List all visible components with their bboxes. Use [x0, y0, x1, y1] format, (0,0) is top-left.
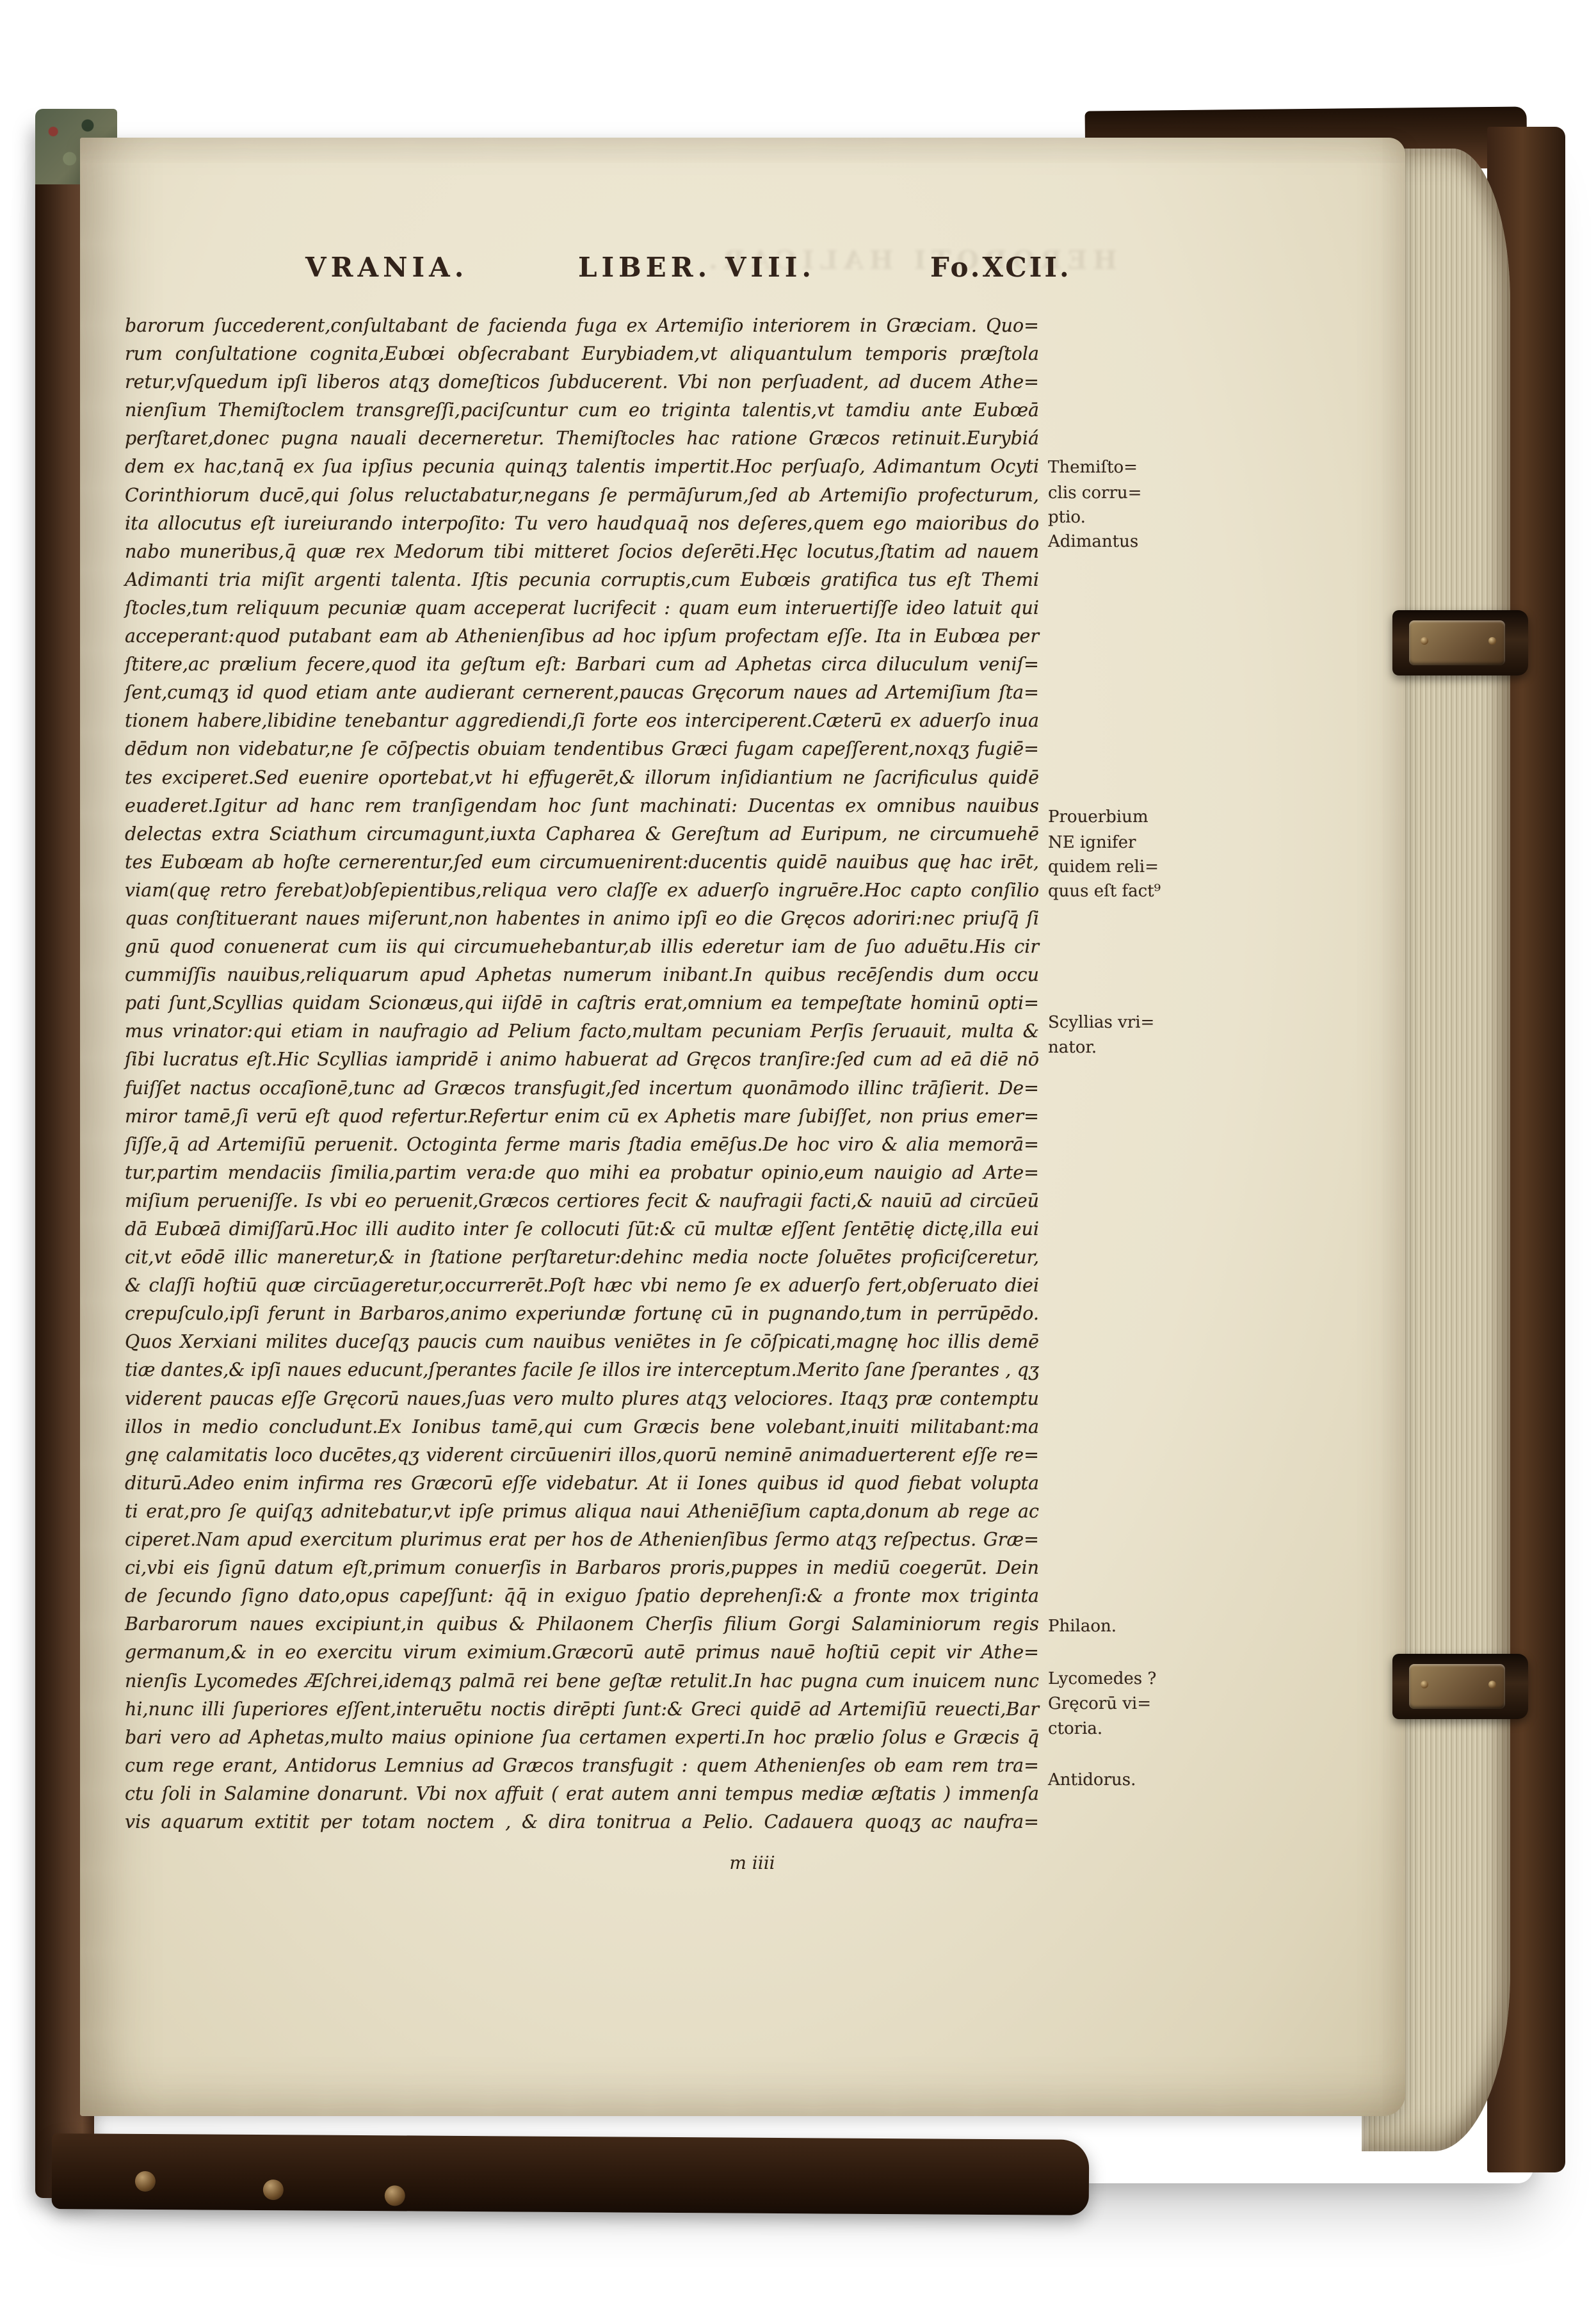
- brass-clasp-top: [1392, 599, 1528, 687]
- text-line: ci,vbi eis ſignū datum eſt,primum conuer…: [125, 1554, 1039, 1582]
- text-line: Adimanti tria miſit argenti talenta. Iſt…: [125, 566, 1039, 594]
- text-line: gnę calamitatis loco ducētes,qʒ viderent…: [125, 1441, 1039, 1469]
- text-line: ſtocles,tum reliquum pecuniæ quam accepe…: [125, 594, 1039, 622]
- text-line: bari vero ad Aphetas,multo maius opinion…: [125, 1724, 1039, 1752]
- text-line: acceperant:quod putabant eam ab Athenien…: [125, 622, 1039, 651]
- text-line: retur,vſquedum ipſi liberos atqʒ domeſti…: [125, 368, 1039, 396]
- text-line: tes exciperet.Sed euenire oportebat,vt h…: [125, 764, 1039, 792]
- text-line: ti erat,pro ſe quiſqʒ adnitebatur,vt ipſ…: [125, 1498, 1039, 1526]
- text-line: barorum ſuccederent,conſultabant de faci…: [125, 312, 1039, 340]
- signature-mark: m iiii: [656, 1852, 848, 1873]
- photo-background: HERODOTI HALICAR. VRANIA. LIBER. VIII. F…: [0, 0, 1596, 2312]
- text-line: quas conſtituerant naues miſerunt,non ha…: [125, 905, 1039, 933]
- margin-notes: Themiſto=clis corru=ptio.AdimantusProuer…: [1048, 138, 1253, 2116]
- text-line: ciperet.Nam apud exercitum plurimus erat…: [125, 1526, 1039, 1554]
- boss-stud: [263, 2179, 284, 2200]
- text-line: dēdum non videbatur,ne ſe cōſpectis obui…: [125, 735, 1039, 763]
- text-line: crepuſculo,ipſi ferunt in Barbaros,animo…: [125, 1300, 1039, 1328]
- boss-stud: [135, 2171, 156, 2192]
- margin-note: ptio.: [1048, 508, 1086, 527]
- text-line: vis aquarum extitit per totam noctem , &…: [125, 1808, 1039, 1836]
- bottom-board-edge: [52, 2133, 1090, 2215]
- text-line: nienſium Themiſtoclem transgreſſi,paciſc…: [125, 396, 1039, 424]
- text-line: cummiſſis nauibus,reliquarum apud Apheta…: [125, 961, 1039, 989]
- text-line: dā Eubœā dimiſſarū.Hoc illi audito inter…: [125, 1215, 1039, 1243]
- margin-note: Themiſto=: [1048, 458, 1138, 477]
- margin-note: quidem reli=: [1048, 857, 1159, 877]
- text-line: miror tamē,ſi verū eſt quod refertur.Ref…: [125, 1103, 1039, 1131]
- text-line: ctu ſoli in Salamine donarunt. Vbi nox a…: [125, 1780, 1039, 1808]
- text-line: viderent paucas eſſe Gręcorū naues,ſuas …: [125, 1385, 1039, 1413]
- text-line: tes Eubœam ab hoſte cernerentur,ſed eum …: [125, 848, 1039, 877]
- text-line: cum rege erant, Antidorus Lemnius ad Græ…: [125, 1752, 1039, 1780]
- margin-note: Adimantus: [1048, 532, 1138, 551]
- clasp-pin: [1421, 1681, 1428, 1688]
- text-line: miſium perueniſſe. Is vbi eo peruenit,Gr…: [125, 1187, 1039, 1215]
- text-line: Barbarorum naues excipiunt,in quibus & P…: [125, 1610, 1039, 1638]
- text-line: pati ſunt,Scyllias quidam Scionæus,qui i…: [125, 989, 1039, 1017]
- text-line: viam(quę retro ferebat)obſepientibus,rel…: [125, 877, 1039, 905]
- text-line: hi,nunc illi ſuperiores eſſent,interuētu…: [125, 1695, 1039, 1724]
- text-line: tionem habere,libidine tenebantur aggred…: [125, 707, 1039, 735]
- text-line: ſtitere,ac prælium fecere,quod ita geſtu…: [125, 651, 1039, 679]
- book-page: HERODOTI HALICAR. VRANIA. LIBER. VIII. F…: [80, 138, 1405, 2116]
- clasp-pin: [1488, 637, 1496, 645]
- margin-note: NE ignifer: [1048, 833, 1136, 852]
- text-line: ſiſſe,q̄ ad Artemiſiū peruenit. Octogint…: [125, 1131, 1039, 1159]
- text-line: mus vrinator:qui etiam in naufragio ad P…: [125, 1017, 1039, 1046]
- text-line: tiæ dantes,& ipſi naues educunt,ſperante…: [125, 1356, 1039, 1384]
- text-line: germanum,& in eo exercitu virum eximium.…: [125, 1638, 1039, 1667]
- margin-note: Scyllias vri=: [1048, 1013, 1154, 1032]
- text-line: rum conſultatione cognita,Eubœi obſecrab…: [125, 340, 1039, 368]
- margin-note: quus eſt fact⁹: [1048, 882, 1161, 901]
- text-line: euaderet.Igitur ad hanc rem tranſigendam…: [125, 792, 1039, 820]
- text-line: perſtaret,donec pugna nauali decerneretu…: [125, 424, 1039, 453]
- running-header-book: LIBER. VIII.: [578, 252, 816, 283]
- text-line: tur,partim mendaciis ſimilia,partim vera…: [125, 1159, 1039, 1187]
- brass-clasp-bottom: [1392, 1642, 1528, 1731]
- clasp-pin: [1488, 1681, 1496, 1688]
- margin-note: Antidorus.: [1048, 1770, 1136, 1790]
- text-line: Corinthiorum ducē,qui ſolus reluctabatur…: [125, 481, 1039, 510]
- margin-note: Lycomedes ?: [1048, 1669, 1156, 1688]
- margin-note: Gręcorū vi=: [1048, 1694, 1151, 1713]
- text-line: de ſecundo ſigno dato,opus capeſſunt: q̄…: [125, 1582, 1039, 1610]
- text-line: diturū.Adeo enim infirma res Græcorū eſſ…: [125, 1469, 1039, 1498]
- clasp-pin: [1421, 637, 1428, 645]
- text-line: gnū quod conuenerat cum iis qui circumue…: [125, 933, 1039, 961]
- text-block: barorum ſuccederent,conſultabant de faci…: [125, 312, 1039, 1836]
- text-line: nabo muneribus,q̄ quæ rex Medorum tibi m…: [125, 538, 1039, 566]
- text-line: ita allocutus eſt iureiurando interpoſit…: [125, 510, 1039, 538]
- running-header-title: VRANIA.: [305, 252, 468, 283]
- text-line: & claſſi hoſtiū quæ circūageretur,occurr…: [125, 1272, 1039, 1300]
- boss-stud: [385, 2185, 405, 2206]
- margin-note: clis corru=: [1048, 483, 1141, 503]
- text-line: ſent,cumqʒ id quod etiam ante audierant …: [125, 679, 1039, 707]
- margin-note: Philaon.: [1048, 1617, 1116, 1636]
- text-line: cit,vt eōdē illic maneretur,& in ſtation…: [125, 1243, 1039, 1272]
- text-line: Quos Xerxiani milites duceſqʒ paucis cum…: [125, 1328, 1039, 1356]
- text-line: illos in medio concludunt.Ex Ionibus tam…: [125, 1413, 1039, 1441]
- margin-note: nator.: [1048, 1038, 1097, 1057]
- text-line: nienſis Lycomedes Æſchrei,idemqʒ palmā r…: [125, 1667, 1039, 1695]
- text-line: delectas extra Sciathum circumagunt,iuxt…: [125, 820, 1039, 848]
- margin-note: Prouerbium: [1048, 807, 1149, 827]
- text-line: fuiſſet nactus occaſionē,tunc ad Græcos …: [125, 1074, 1039, 1103]
- margin-note: ctoria.: [1048, 1719, 1102, 1738]
- text-line: dem ex hac,tanq̄ ex ſua ipſius pecunia q…: [125, 453, 1039, 481]
- book: HERODOTI HALICAR. VRANIA. LIBER. VIII. F…: [35, 109, 1565, 2212]
- text-line: ſibi lucratus eſt.Hic Scyllias iampridē …: [125, 1046, 1039, 1074]
